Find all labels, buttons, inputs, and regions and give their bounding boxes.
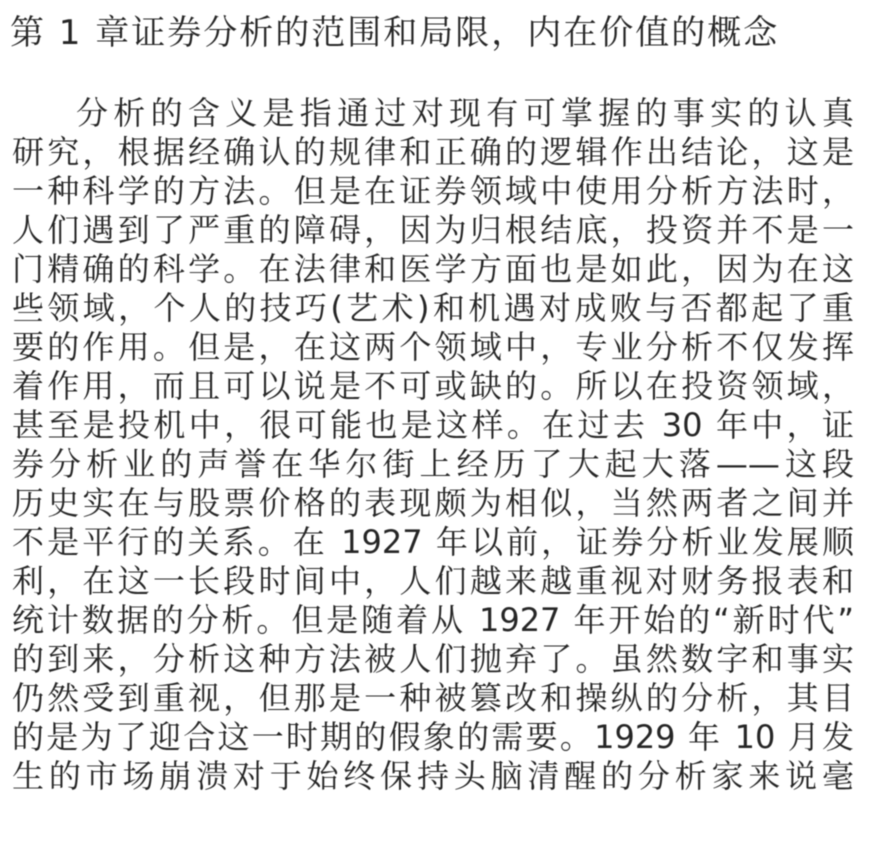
- text-line: 人们遇到了严重的障碍，因为归根结底，投资并不是一: [12, 211, 854, 250]
- text-line: 甚至是投机中，很可能也是这样。在过去 30 年中，证: [12, 406, 854, 445]
- text-line: 研究，根据经确认的规律和正确的逻辑作出结论，这是: [12, 133, 854, 172]
- text-line: 的到来，分析这种方法被人们抛弃了。虽然数字和事实: [12, 640, 854, 679]
- text-line: 历史实在与股票价格的表现颇为相似，当然两者之间并: [12, 484, 854, 523]
- chapter-title: 第 1 章证券分析的范围和局限，内在价值的概念: [10, 12, 779, 54]
- text-line: 生的市场崩溃对于始终保持头脑清醒的分析家来说毫: [12, 757, 854, 796]
- book-page: 第 1 章证券分析的范围和局限，内在价值的概念 分析的含义是指通过对现有可掌握的…: [0, 0, 870, 842]
- text-line: 利，在这一长段时间中，人们越来越重视对财务报表和: [12, 562, 854, 601]
- text-line: 仍然受到重视，但那是一种被篡改和操纵的分析，其目: [12, 679, 854, 718]
- text-line: 门精确的科学。在法律和医学方面也是如此，因为在这: [12, 250, 854, 289]
- text-line: 券分析业的声誉在华尔街上经历了大起大落——这段: [12, 445, 854, 484]
- text-line: 着作用，而且可以说是不可或缺的。所以在投资领域，: [12, 367, 854, 406]
- text-line: 分析的含义是指通过对现有可掌握的事实的认真: [12, 94, 854, 133]
- text-line: 要的作用。但是，在这两个领域中，专业分析不仅发挥: [12, 328, 854, 367]
- text-line: 统计数据的分析。但是随着从 1927 年开始的“新时代”: [12, 601, 854, 640]
- text-line: 些领域，个人的技巧(艺术)和机遇对成败与否都起了重: [12, 289, 854, 328]
- paragraph: 分析的含义是指通过对现有可掌握的事实的认真 研究，根据经确认的规律和正确的逻辑作…: [12, 94, 854, 796]
- text-line: 的是为了迎合这一时期的假象的需要。1929 年 10 月发: [12, 718, 854, 757]
- text-line: 不是平行的关系。在 1927 年以前，证券分析业发展顺: [12, 523, 854, 562]
- text-line: 一种科学的方法。但是在证券领域中使用分析方法时，: [12, 172, 854, 211]
